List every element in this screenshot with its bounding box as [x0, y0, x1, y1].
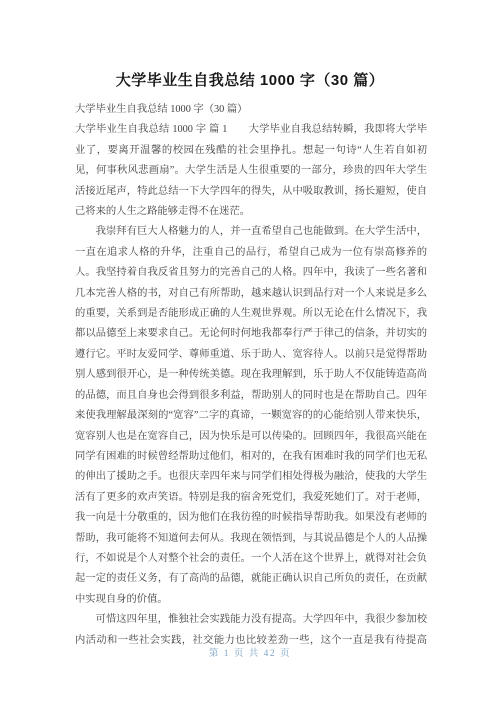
paragraph-body-1: 我崇拜有巨大人格魅力的人，并一直希望自己也能做到。在大学生活中，一直在追求人格的… — [75, 222, 427, 610]
document-title: 大学毕业生自我总结 1000 字（30 篇） — [0, 69, 500, 90]
paragraph-subtitle: 大学毕业生自我总结 1000 字（30 篇） — [75, 100, 427, 120]
paragraph-body-2: 可惜这四年里，惟独社会实践能力没有提高。大学四年中，我很少参加校内活动和一些社会… — [75, 610, 427, 648]
document-page: 大学毕业生自我总结 1000 字（30 篇） 大学毕业生自我总结 1000 字（… — [0, 0, 500, 707]
page-number-footer: 第 1 页 共 42 页 — [0, 645, 500, 659]
paragraph-intro: 大学毕业生自我总结 1000 字 篇 1 大学毕业自我总结转瞬，我即将大学毕业了… — [75, 120, 427, 222]
document-body: 大学毕业生自我总结 1000 字（30 篇） 大学毕业生自我总结 1000 字 … — [75, 100, 427, 648]
